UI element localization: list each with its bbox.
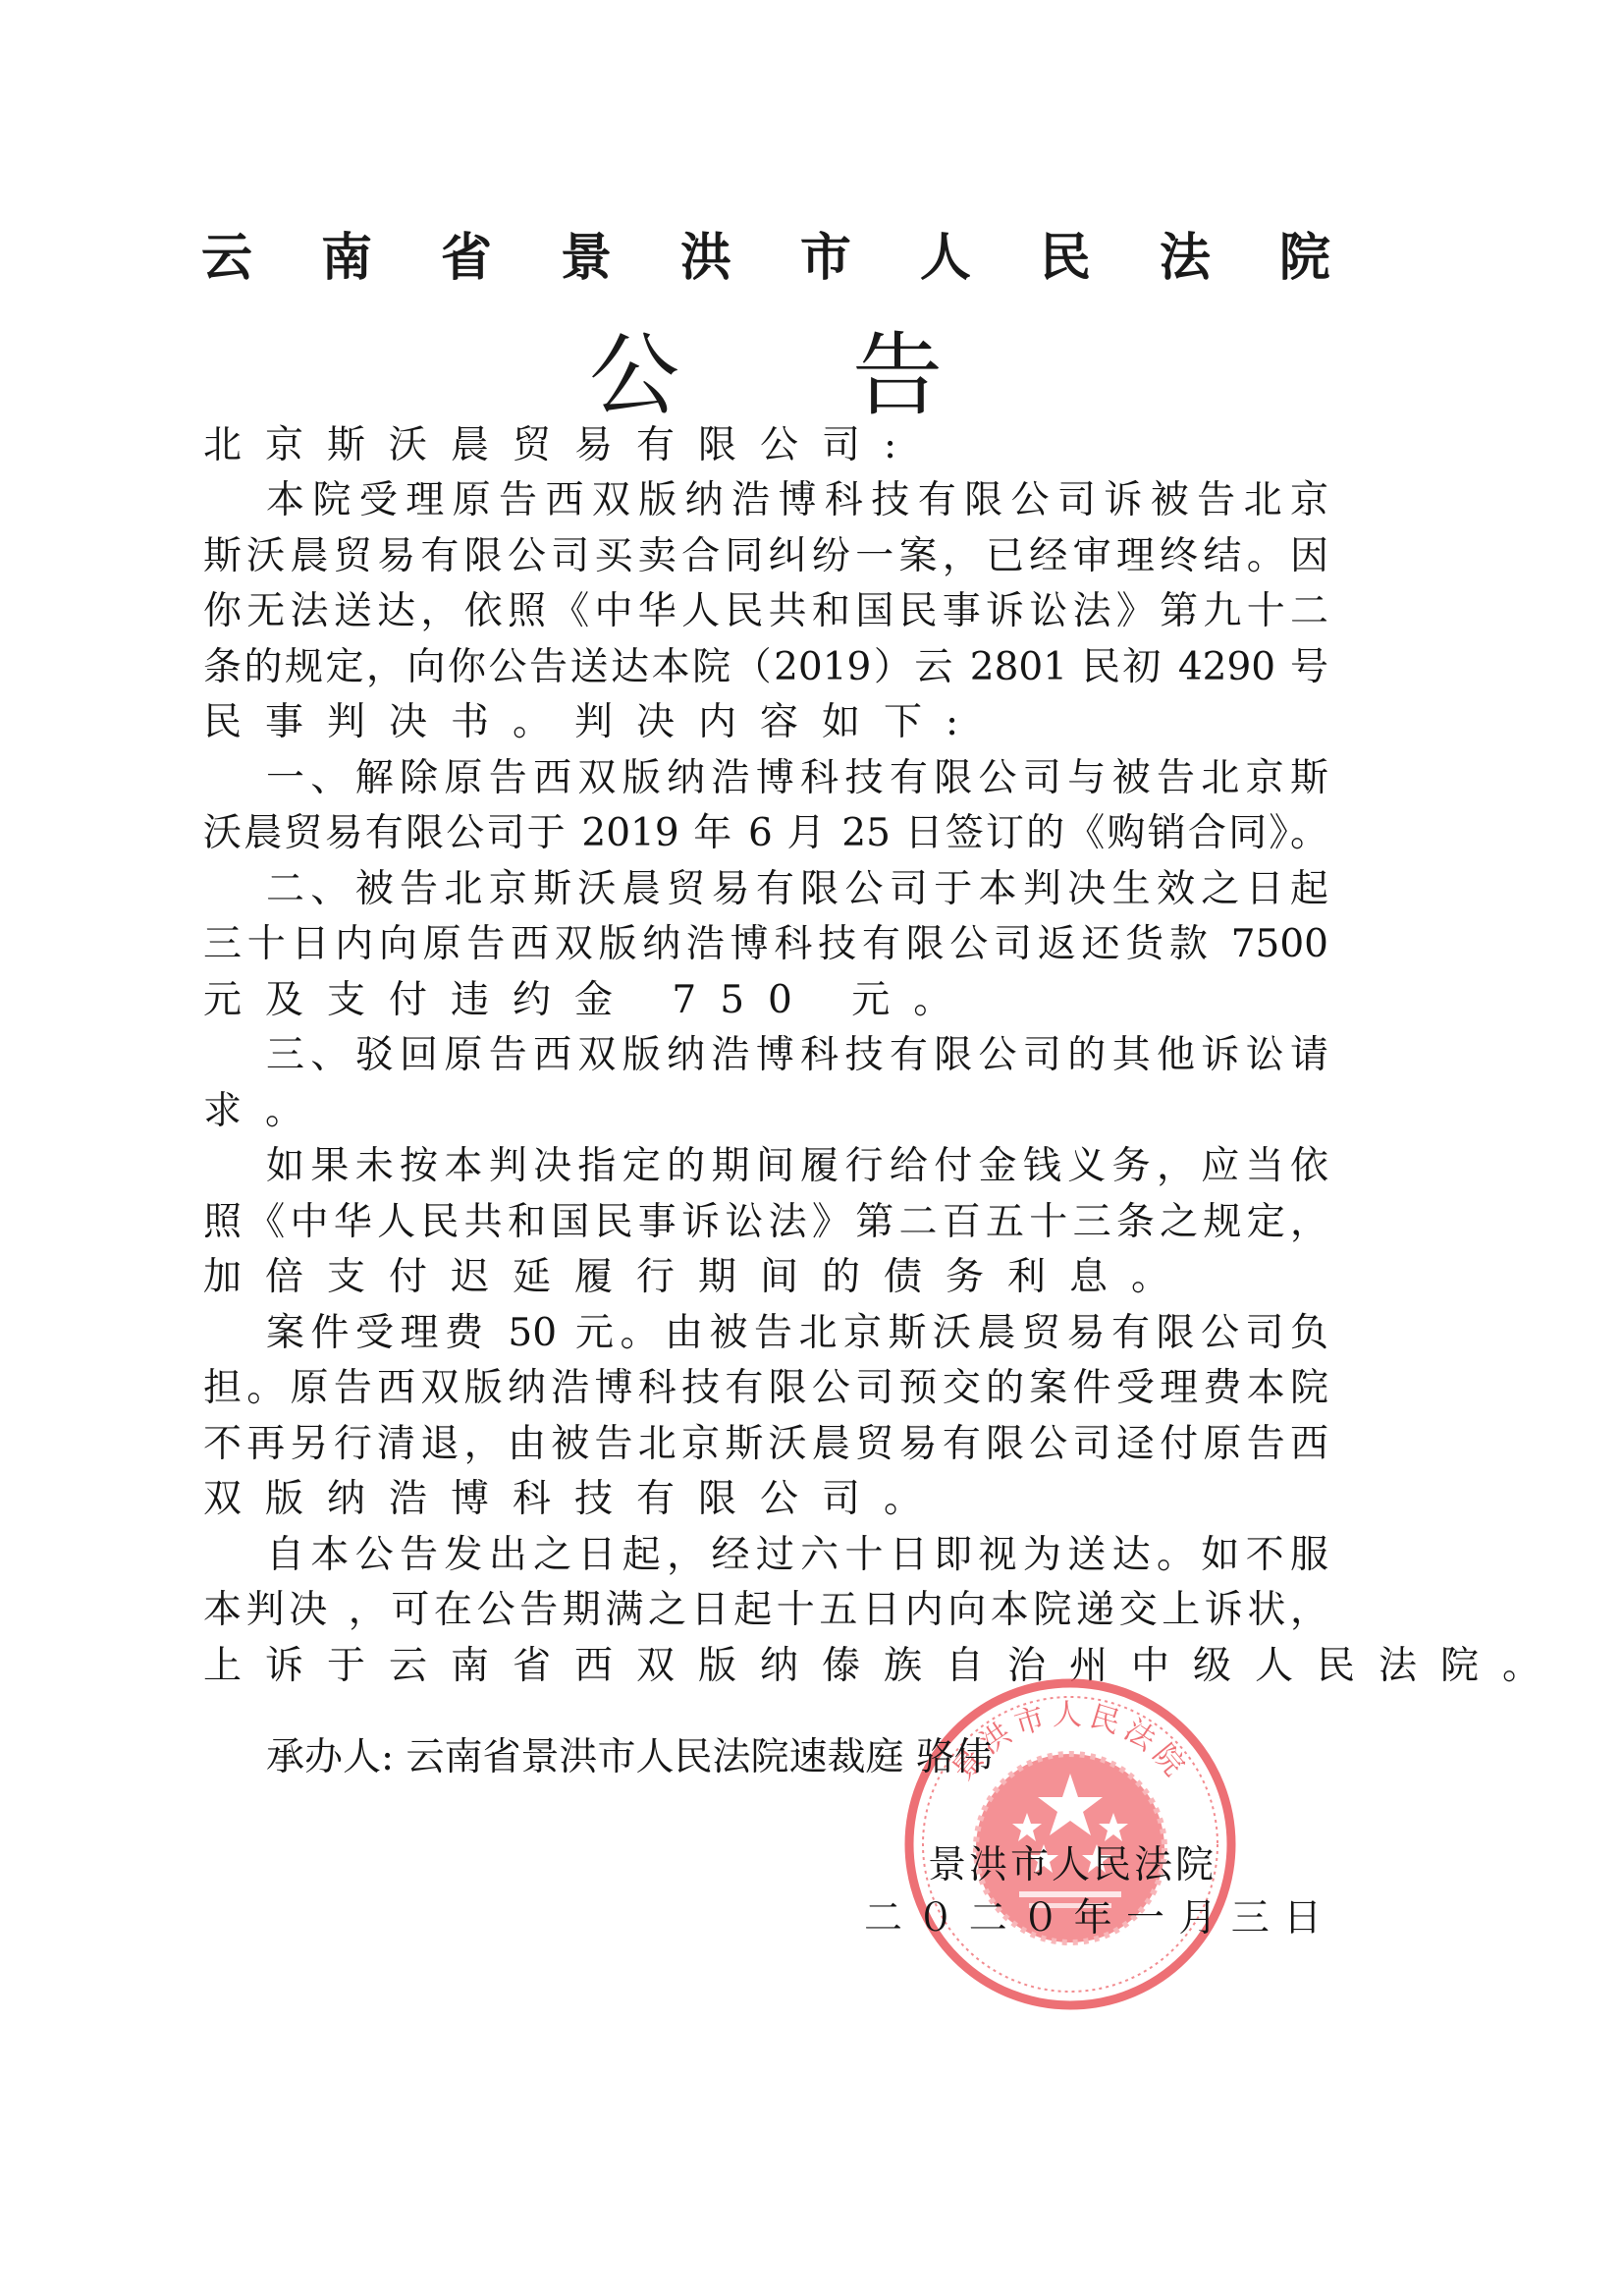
court-title-char: 洪 — [680, 216, 731, 290]
body-line: 照《中华人民共和国民事诉讼法》第二百五十三条之规定， — [203, 1195, 1328, 1250]
court-title-char: 景 — [561, 216, 612, 290]
court-title-char: 人 — [920, 216, 971, 290]
body-line: 如果未按本判决指定的期间履行给付金钱义务，应当依 — [266, 1139, 1328, 1194]
body-line: 条的规定，向你公告送达本院（2019）云 2801 民初 4290 号 — [203, 640, 1328, 695]
court-title-char: 省 — [441, 216, 492, 290]
body-line: 三、驳回原告西双版纳浩博科技有限公司的其他诉讼请 — [266, 1028, 1328, 1083]
issuing-court: 景洪市人民法院 — [928, 1838, 1217, 1893]
addressee: 北京斯沃晨贸易有限公司: — [203, 418, 1328, 473]
body-line: 双版纳浩博科技有限公司。 — [203, 1472, 1328, 1527]
body-line: 沃晨贸易有限公司于 2019 年 6 月 25 日签订的《购销合同》。 — [203, 806, 1328, 861]
court-title-char: 民 — [1040, 216, 1091, 290]
court-title-char: 法 — [1160, 216, 1211, 290]
court-title-char: 云 — [201, 216, 252, 290]
body-line: 三十日内向原告西双版纳浩博科技有限公司返还货款 7500 — [203, 917, 1328, 972]
body-line: 自本公告发出之日起，经过六十日即视为送达。如不服 — [266, 1528, 1328, 1583]
court-title-char: 南 — [321, 216, 372, 290]
court-title-char: 市 — [800, 216, 851, 290]
body-line: 二、被告北京斯沃晨贸易有限公司于本判决生效之日起 — [266, 862, 1328, 917]
body-line: 民事判决书。判决内容如下: — [203, 695, 1328, 750]
handler-line: 承办人: 云南省景洪市人民法院速裁庭 骆伟 — [266, 1730, 993, 1785]
body-line: 一、解除原告西双版纳浩博科技有限公司与被告北京斯 — [266, 751, 1328, 806]
notice-title-char: 公 — [589, 303, 679, 433]
court-title-char: 院 — [1279, 216, 1330, 290]
notice-title: 公告 — [589, 314, 943, 422]
body-line: 斯沃晨贸易有限公司买卖合同纠纷一案，已经审理终结。因 — [203, 529, 1328, 584]
body-line: 担。原告西双版纳浩博科技有限公司预交的案件受理费本院 — [203, 1361, 1328, 1416]
issue-date: 二 ０ 二 ０ 年 一 月 三 日 — [864, 1891, 1323, 1946]
notice-page: 云南省景洪市人民法院 公告 北京斯沃晨贸易有限公司: 本院受理原告西双版纳浩博科… — [0, 0, 1623, 2296]
body-line: 元及支付违约金 750 元。 — [203, 973, 1328, 1028]
body-line: 本院受理原告西双版纳浩博科技有限公司诉被告北京 — [266, 473, 1328, 528]
body-line: 本判决 ，可在公告期满之日起十五日内向本院递交上诉状， — [203, 1583, 1328, 1638]
body-line: 案件受理费 50 元。由被告北京斯沃晨贸易有限公司负 — [266, 1306, 1328, 1361]
court-title: 云南省景洪市人民法院 — [201, 218, 1330, 287]
body-line: 你无法送达，依照《中华人民共和国民事诉讼法》第九十二 — [203, 584, 1328, 639]
body-line: 加倍支付迟延履行期间的债务利息。 — [203, 1250, 1328, 1305]
body-line: 求。 — [203, 1084, 1328, 1139]
notice-title-char: 告 — [852, 303, 943, 433]
body-line: 不再另行清退，由被告北京斯沃晨贸易有限公司迳付原告西 — [203, 1417, 1328, 1472]
